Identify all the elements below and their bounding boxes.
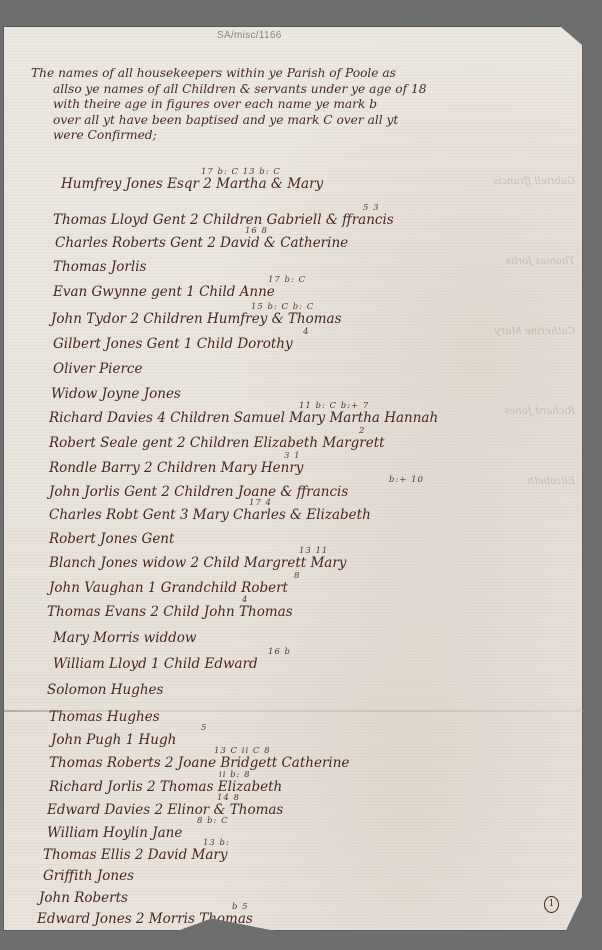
household-entry: Mary Morris widdow <box>53 630 196 646</box>
entry-text: Widow Joyne Jones <box>51 386 181 402</box>
entry-ages: 13 11 <box>299 546 328 556</box>
entry-text: Thomas Guest <box>37 932 135 948</box>
household-entry: 16 8Charles Roberts Gent 2 David & Cathe… <box>55 235 348 251</box>
household-entry: 11 b: C b:+ 7Richard Davies 4 Children S… <box>49 410 438 426</box>
entry-ages: 2 <box>359 426 365 436</box>
bleed-through-text: Richard Jones <box>455 406 575 417</box>
entry-ages: 8 <box>294 571 300 581</box>
household-entry: Widow Joyne Jones <box>51 386 181 402</box>
entry-text: Edward Jones 2 Morris Thomas <box>37 911 253 927</box>
entry-ages: 14 8 <box>217 793 240 803</box>
entry-text: William Hoylin Jane <box>47 825 182 841</box>
entry-ages: 4 <box>303 327 309 337</box>
entry-text: Charles Roberts Gent 2 David & Catherine <box>55 235 348 251</box>
entry-text: Evan Gwynne gent 1 Child Anne <box>53 284 275 300</box>
entry-text: William Lloyd 1 Child Edward <box>53 656 258 672</box>
household-entry: 17 b: CEvan Gwynne gent 1 Child Anne <box>53 284 275 300</box>
entry-text: Humfrey Jones Esqr 2 Martha & Mary <box>61 176 323 192</box>
entry-text: Charles Robt Gent 3 Mary Charles & Eliza… <box>49 507 371 523</box>
household-entry: 3 1Rondle Barry 2 Children Mary Henry <box>49 460 303 476</box>
household-entry: Thomas Jorlis <box>53 259 146 275</box>
household-entry: 14 8Edward Davies 2 Elinor & Thomas <box>47 802 283 818</box>
entry-ages: 5 <box>201 723 207 733</box>
entry-ages: 16 8 <box>245 226 268 236</box>
entry-ages: 17 b: C 13 b: C <box>201 167 281 177</box>
household-entry: 8 b: CWilliam Hoylin Jane <box>47 825 182 841</box>
household-entry: 5 3Thomas Lloyd Gent 2 Children Gabriell… <box>53 212 394 228</box>
entry-text: Thomas Hughes <box>49 709 160 725</box>
household-entry: Oliver Pierce <box>53 361 142 377</box>
household-entry: 2Robert Seale gent 2 Children Elizabeth … <box>49 435 385 451</box>
entry-ages: 13 C ii C 8 <box>214 746 270 756</box>
heading-line: allso ye names of all Children & servant… <box>31 82 551 98</box>
entry-text: John Jorlis Gent 2 Children Joane & ffra… <box>49 484 348 500</box>
household-entry: 13 C ii C 8Thomas Roberts 2 Joane Bridge… <box>49 755 349 771</box>
household-entry: Griffith Jones <box>43 868 134 884</box>
entry-ages: 15 b: C b: C <box>251 302 314 312</box>
household-entry: 13 11Blanch Jones widow 2 Child Margrett… <box>49 555 346 571</box>
entry-text: Thomas Jorlis <box>53 259 146 275</box>
manuscript-page: Gabriell ffrancis Thomas Jorlis Catherin… <box>3 26 583 931</box>
bleed-through-text: Thomas Jorlis <box>455 256 575 267</box>
entry-text: Solomon Hughes <box>47 682 163 698</box>
household-entry: Robert Jones Gent <box>49 531 174 547</box>
entry-text: John Vaughan 1 Grandchild Robert <box>49 580 288 596</box>
entry-text: Gilbert Jones Gent 1 Child Dorothy <box>53 336 293 352</box>
entry-ages: 17 4 <box>249 498 272 508</box>
entry-text: John Roberts <box>39 890 128 906</box>
entry-ages: 8 b: C <box>197 816 229 826</box>
bleed-through-text: Gabriell ffrancis <box>455 176 575 187</box>
household-entry: 17 4Charles Robt Gent 3 Mary Charles & E… <box>49 507 371 523</box>
household-entry: b:+ 10John Jorlis Gent 2 Children Joane … <box>49 484 348 500</box>
entry-text: Richard Davies 4 Children Samuel Mary Ma… <box>49 410 438 426</box>
bleed-through-text: Elizabeth <box>455 476 575 487</box>
household-entry: 4Thomas Evans 2 Child John Thomas <box>47 604 293 620</box>
household-entry: 13 b:Thomas Ellis 2 David Mary <box>43 847 228 863</box>
entry-text: Thomas Ellis 2 David Mary <box>43 847 228 863</box>
entry-ages: ii b: 8 <box>219 770 251 780</box>
household-entry: b 5Edward Jones 2 Morris Thomas <box>37 911 253 927</box>
entry-ages: 17 b: C <box>268 275 306 285</box>
folio-number: 1 <box>544 896 559 913</box>
heading-line: were Confirmed; <box>31 128 551 144</box>
entry-ages: 11 b: C b:+ 7 <box>299 401 369 411</box>
household-entry: ii b: 8Richard Jorlis 2 Thomas Elizabeth <box>49 779 282 795</box>
household-entry: 16 bWilliam Lloyd 1 Child Edward <box>53 656 258 672</box>
household-entry: 5John Pugh 1 Hugh <box>51 732 176 748</box>
entry-text: Edward Davies 2 Elinor & Thomas <box>47 802 283 818</box>
heading-line: The names of all housekeepers within ye … <box>31 66 551 82</box>
entry-ages: 3 1 <box>284 451 301 461</box>
entry-ages: 13 b: <box>203 838 230 848</box>
entry-text: Richard Jorlis 2 Thomas Elizabeth <box>49 779 282 795</box>
heading-line: over all yt have been baptised and ye ma… <box>31 113 551 129</box>
document-heading: The names of all housekeepers within ye … <box>31 66 551 144</box>
household-entry: Solomon Hughes <box>47 682 163 698</box>
household-entry: Thomas Guest <box>37 932 135 948</box>
bleed-through-text: Catherine Mary <box>455 326 575 337</box>
entry-text: Thomas Roberts 2 Joane Bridgett Catherin… <box>49 755 349 771</box>
archive-reference: SA/misc/1166 <box>217 30 282 41</box>
entry-text: Blanch Jones widow 2 Child Margrett Mary <box>49 555 346 571</box>
entry-text: Mary Morris widdow <box>53 630 196 646</box>
entry-text: John Tydor 2 Children Humfrey & Thomas <box>51 311 342 327</box>
entry-text: Rondle Barry 2 Children Mary Henry <box>49 460 303 476</box>
household-entry: Thomas Hughes <box>49 709 160 725</box>
household-entry: 15 b: C b: CJohn Tydor 2 Children Humfre… <box>51 311 342 327</box>
entry-text: Robert Jones Gent <box>49 531 174 547</box>
entry-ages: 16 b <box>268 647 291 657</box>
entry-ages: b:+ 10 <box>389 475 424 485</box>
household-entry: 4Gilbert Jones Gent 1 Child Dorothy <box>53 336 293 352</box>
entry-text: Griffith Jones <box>43 868 134 884</box>
household-entry: 17 b: C 13 b: CHumfrey Jones Esqr 2 Mart… <box>61 176 323 192</box>
entry-text: Thomas Evans 2 Child John Thomas <box>47 604 293 620</box>
heading-line: with theire age in figures over each nam… <box>31 97 551 113</box>
entry-text: Robert Seale gent 2 Children Elizabeth M… <box>49 435 385 451</box>
entry-text: Thomas Lloyd Gent 2 Children Gabriell & … <box>53 212 394 228</box>
entry-text: John Pugh 1 Hugh <box>51 732 176 748</box>
household-entry: 8John Vaughan 1 Grandchild Robert <box>49 580 288 596</box>
entry-ages: b 5 <box>232 902 249 912</box>
household-entry: John Roberts <box>39 890 128 906</box>
entry-ages: 5 3 <box>363 203 380 213</box>
entry-ages: 4 <box>242 595 248 605</box>
entry-text: Oliver Pierce <box>53 361 142 377</box>
